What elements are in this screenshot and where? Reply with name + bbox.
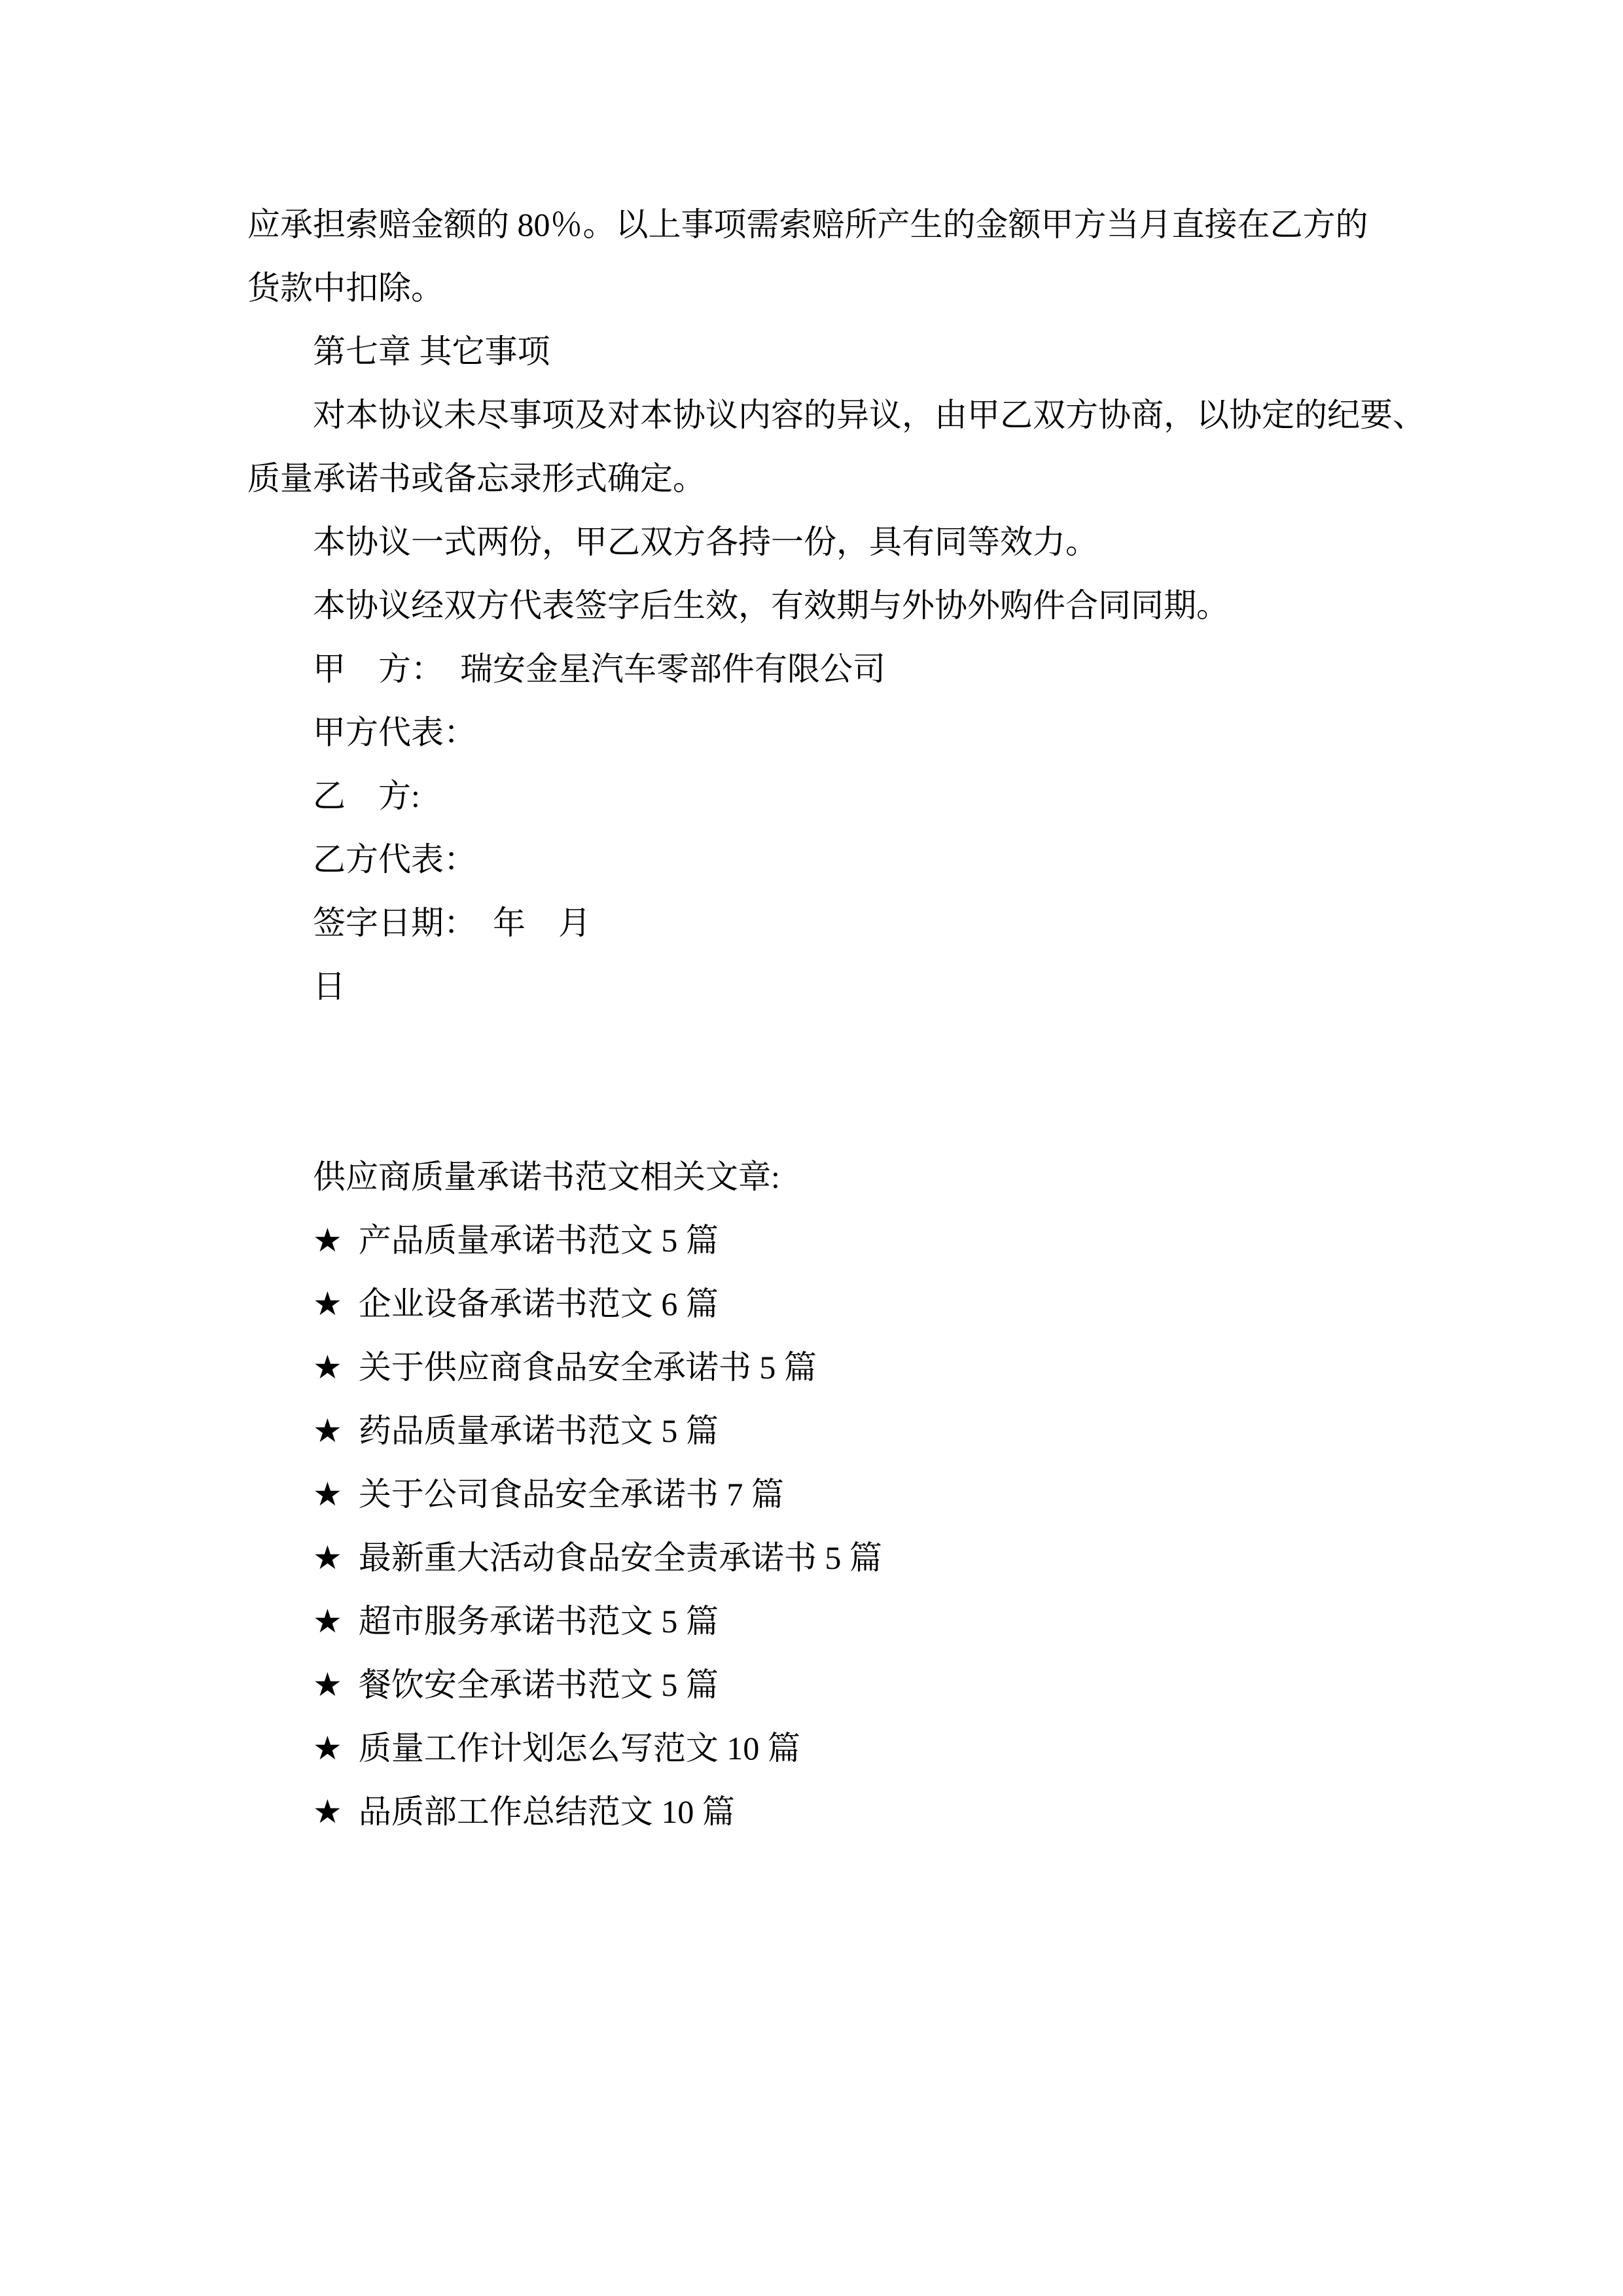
related-article-item: ★质量工作计划怎么写范文 10 篇 [247,1717,1374,1780]
document-page: 应承担索赔金额的 80％。以上事项需索赔所产生的金额甲方当月直接在乙方的 货款中… [0,0,1623,2296]
star-icon: ★ [313,1793,342,1830]
sign-day-line: 日 [247,955,1374,1018]
party-a-rep-line: 甲方代表： [247,701,1374,764]
clause-text-line: 本协议经双方代表签字后生效，有效期与外协外购件合同同期。 [247,574,1374,637]
related-article-item: ★最新重大活动食品安全责承诺书 5 篇 [247,1526,1374,1590]
star-icon: ★ [313,1603,342,1640]
related-article-item: ★品质部工作总结范文 10 篇 [247,1780,1374,1844]
related-article-item: ★关于供应商食品安全承诺书 5 篇 [247,1336,1374,1399]
party-b-rep-line: 乙方代表： [247,828,1374,891]
related-article-title: 餐饮安全承诺书范文 5 篇 [359,1666,719,1703]
party-b-line: 乙 方: [247,764,1374,828]
party-a-line: 甲 方： 瑞安金星汽车零部件有限公司 [247,637,1374,701]
related-article-title: 质量工作计划怎么写范文 10 篇 [359,1730,800,1767]
star-icon: ★ [313,1349,342,1386]
star-icon: ★ [313,1285,342,1322]
related-article-item: ★企业设备承诺书范文 6 篇 [247,1272,1374,1336]
related-article-title: 最新重大活动食品安全责承诺书 5 篇 [359,1539,882,1576]
star-icon: ★ [313,1476,342,1513]
blank-gap [247,1018,1374,1145]
sign-date-line: 签字日期： 年 月 [247,891,1374,955]
star-icon: ★ [313,1412,342,1449]
clause-text-line: 本协议一式两份，甲乙双方各持一份，具有同等效力。 [247,511,1374,574]
clause-text-line: 应承担索赔金额的 80％。以上事项需索赔所产生的金额甲方当月直接在乙方的 [247,193,1374,257]
star-icon: ★ [313,1666,342,1703]
related-article-title: 关于公司食品安全承诺书 7 篇 [359,1476,784,1513]
star-icon: ★ [313,1539,342,1576]
related-article-item: ★产品质量承诺书范文 5 篇 [247,1209,1374,1272]
related-article-item: ★超市服务承诺书范文 5 篇 [247,1590,1374,1653]
related-article-item: ★餐饮安全承诺书范文 5 篇 [247,1653,1374,1717]
related-article-item: ★药品质量承诺书范文 5 篇 [247,1399,1374,1463]
related-article-title: 超市服务承诺书范文 5 篇 [359,1603,719,1640]
related-articles-heading: 供应商质量承诺书范文相关文章: [247,1145,1374,1209]
related-article-title: 企业设备承诺书范文 6 篇 [359,1285,719,1322]
clause-text-line: 货款中扣除。 [247,257,1374,320]
clause-text-line: 质量承诺书或备忘录形式确定。 [247,447,1374,511]
chapter-seven-heading: 第七章 其它事项 [247,320,1374,384]
related-article-title: 产品质量承诺书范文 5 篇 [359,1222,719,1259]
star-icon: ★ [313,1730,342,1767]
related-article-title: 关于供应商食品安全承诺书 5 篇 [359,1349,817,1386]
clause-text-line: 对本协议未尽事项及对本协议内容的异议，由甲乙双方协商，以协定的纪要、 [247,384,1374,447]
star-icon: ★ [313,1222,342,1259]
document-content: 应承担索赔金额的 80％。以上事项需索赔所产生的金额甲方当月直接在乙方的 货款中… [0,0,1623,1844]
related-article-title: 品质部工作总结范文 10 篇 [359,1793,735,1830]
related-article-title: 药品质量承诺书范文 5 篇 [359,1412,719,1449]
related-article-item: ★关于公司食品安全承诺书 7 篇 [247,1463,1374,1526]
